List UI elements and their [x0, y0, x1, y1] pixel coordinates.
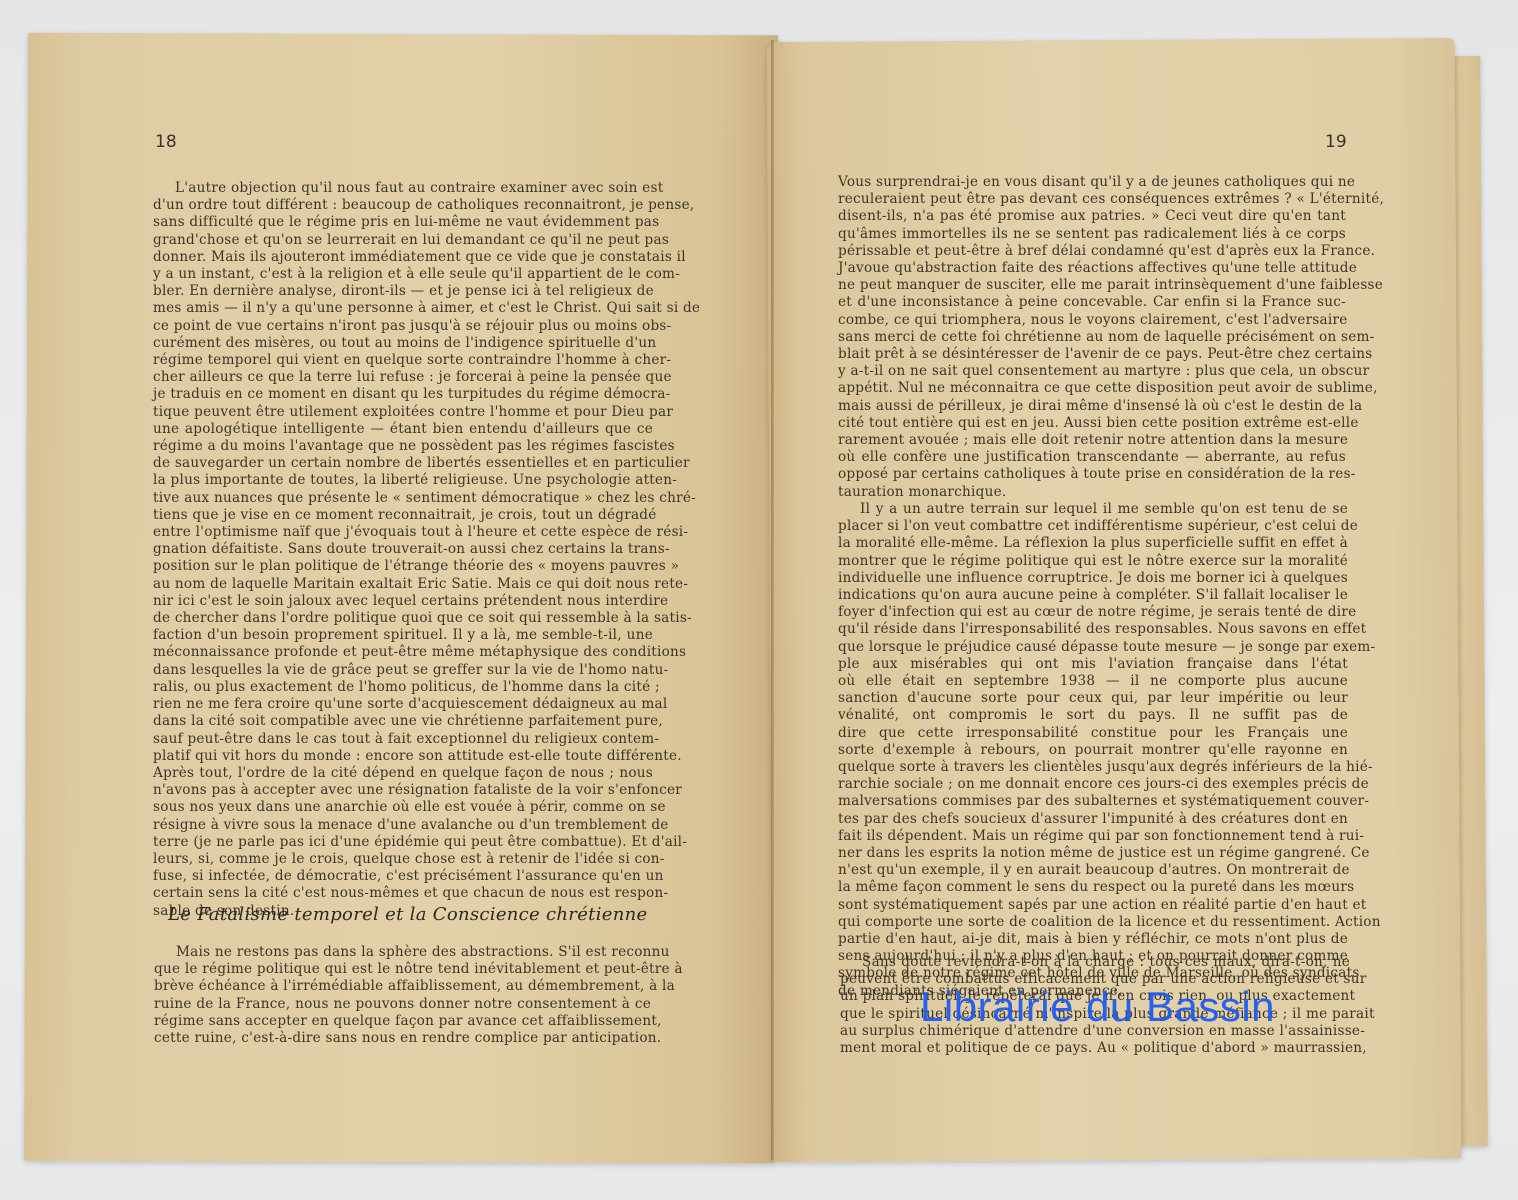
text-line: gnation défaitiste. Sans doute trouverai…: [153, 541, 653, 558]
text-line: la plus importante de toutes, la liberté…: [153, 472, 653, 489]
text-line: cité tout entière qui est en jeu. Aussi …: [838, 415, 1346, 432]
text-line: opposé par certains catholiques à toute …: [838, 466, 1346, 483]
text-line: tive aux nuances que présente le « senti…: [153, 490, 653, 507]
text-line: tique peuvent être utilement exploitées …: [153, 404, 653, 421]
text-line: que lorsque le préjudice causé dépasse t…: [838, 639, 1348, 656]
text-line: ne peut manquer de susciter, elle me par…: [838, 277, 1346, 294]
text-line: quelque sorte à travers les clientèles j…: [838, 759, 1348, 776]
right-paragraph-2: Il y a un autre terrain sur lequel il me…: [838, 501, 1348, 1000]
text-line: J'avoue qu'abstraction faite des réactio…: [838, 260, 1346, 277]
text-line: sauf peut-être dans le cas tout à fait e…: [153, 731, 653, 748]
text-line: L'autre objection qu'il nous faut au con…: [153, 180, 653, 197]
text-line: indications qu'on aura aucune peine à co…: [838, 587, 1348, 604]
text-line: d'un ordre tout différent : beaucoup de …: [153, 197, 653, 214]
text-line: faction d'un besoin proprement spirituel…: [153, 627, 653, 644]
text-line: foyer d'infection qui est au cœur de not…: [838, 604, 1348, 621]
text-line: fait ils dépendent. Mais un régime qui p…: [838, 828, 1348, 845]
text-line: individuelle une influence corruptrice. …: [838, 570, 1348, 587]
text-line: mes amis — il n'y a qu'une personne à ai…: [153, 300, 653, 317]
text-line: de sauvegarder un certain nombre de libe…: [153, 455, 653, 472]
page-number-right: 19: [1325, 132, 1347, 152]
text-line: Sans doute reviendra-t-on à la charge : …: [840, 954, 1350, 971]
text-line: ple aux misérables qui ont mis l'aviatio…: [838, 656, 1348, 673]
text-line: dans lesquelles la vie de grâce peut se …: [153, 662, 653, 679]
text-line: y a un instant, c'est à la religion et à…: [153, 266, 653, 283]
text-line: grand'chose et qu'on se leurrerait en lu…: [153, 232, 653, 249]
text-line: entre l'optimisme naïf que j'évoquais to…: [153, 524, 653, 541]
section-heading: Le Fatalisme temporel et la Conscience c…: [168, 904, 647, 925]
text-line: de chercher dans l'ordre politique quoi …: [153, 610, 653, 627]
right-paragraph-1: Vous surprendrai-je en vous disant qu'il…: [838, 174, 1346, 501]
text-line: appétit. Nul ne méconnaitra ce que cette…: [838, 380, 1346, 397]
text-line: sous nos yeux dans une anarchie où elle …: [153, 799, 653, 816]
text-line: Mais ne restons pas dans la sphère des a…: [154, 944, 651, 961]
text-line: leurs, si, comme je le crois, quelque ch…: [153, 851, 653, 868]
text-line: Vous surprendrai-je en vous disant qu'il…: [838, 174, 1346, 191]
page-number-left: 18: [155, 132, 177, 152]
text-line: cette ruine, c'est-à-dire sans nous en r…: [154, 1030, 651, 1047]
text-line: régime a du moins l'avantage que ne poss…: [153, 438, 653, 455]
text-line: terre (je ne parle pas ici d'une épidémi…: [153, 834, 653, 851]
text-line: malversations commises par des subaltern…: [838, 793, 1348, 810]
text-line: n'avons pas à accepter avec une résignat…: [153, 782, 653, 799]
text-line: tes par des chefs soucieux d'assurer l'i…: [838, 811, 1348, 828]
text-line: et d'une inconsistance à peine concevabl…: [838, 294, 1346, 311]
text-line: régime sans accepter en quelque façon pa…: [154, 1013, 651, 1030]
text-line: sanction d'aucune sorte pour ceux qui, p…: [838, 690, 1348, 707]
left-paragraph-2: Mais ne restons pas dans la sphère des a…: [154, 944, 651, 1047]
text-line: je traduis en ce moment en disant qu les…: [153, 386, 653, 403]
text-line: rien ne me fera croire qu'une sorte d'ac…: [153, 696, 653, 713]
text-line: montrer que le régime politique qui est …: [838, 553, 1348, 570]
text-line: vénalité, ont compromis le sort du pays.…: [838, 707, 1348, 724]
text-line: placer si l'on veut combattre cet indiff…: [838, 518, 1348, 535]
text-line: ruine de la France, nous ne pouvons donn…: [154, 996, 651, 1013]
text-line: Il y a un autre terrain sur lequel il me…: [838, 501, 1348, 518]
text-line: rarchie sociale ; on me donnait encore c…: [838, 776, 1348, 793]
left-paragraph-1: L'autre objection qu'il nous faut au con…: [153, 180, 653, 920]
text-line: sans difficulté que le régime pris en lu…: [153, 214, 653, 231]
text-line: tiens que je vise en ce moment reconnait…: [153, 507, 653, 524]
text-line: qu'âmes immortelles ils ne se sentent pa…: [838, 226, 1346, 243]
text-line: reculeraient peut être pas devant ces co…: [838, 191, 1346, 208]
text-line: certain sens la cité c'est nous-mêmes et…: [153, 885, 653, 902]
text-line: tauration monarchique.: [838, 484, 1346, 501]
text-line: fuse, si infectée, de démocratie, c'est …: [153, 868, 653, 885]
text-line: platif qui vit hors du monde : encore so…: [153, 748, 653, 765]
text-line: où elle était en septembre 1938 — il ne …: [838, 673, 1348, 690]
text-line: mais aussi de périlleux, je dirai même d…: [838, 398, 1346, 415]
text-line: y a-t-il on ne sait quel consentement au…: [838, 363, 1346, 380]
text-line: sans merci de cette foi chrétienne au no…: [838, 329, 1346, 346]
text-line: résigne à vivre sous la menace d'une ava…: [153, 817, 653, 834]
text-line: cher ailleurs ce que la terre lui refuse…: [153, 369, 653, 386]
text-line: n'est qu'un exemple, il y en aurait beau…: [838, 862, 1348, 879]
text-line: méconnaissance profonde et peut-être mêm…: [153, 644, 653, 661]
text-line: rarement avouée ; mais elle doit retenir…: [838, 432, 1346, 449]
text-line: où elle confère une justification transc…: [838, 449, 1346, 466]
text-line: ment moral et politique de ce pays. Au «…: [840, 1040, 1350, 1057]
text-line: ner dans les esprits la notion même de j…: [838, 845, 1348, 862]
text-line: la moralité elle-même. La réflexion la p…: [838, 535, 1348, 552]
text-line: ce point de vue certains n'iront pas jus…: [153, 318, 653, 335]
text-line: dans la cité soit compatible avec une vi…: [153, 713, 653, 730]
text-line: disent-ils, n'a pas été promise aux patr…: [838, 208, 1346, 225]
text-line: sorte d'exemple à rebours, on pourrait m…: [838, 742, 1348, 759]
text-line: qui comporte une sorte de coalition de l…: [838, 914, 1348, 931]
text-line: blait prêt à se désintéresser de l'aveni…: [838, 346, 1346, 363]
text-line: brève échéance à l'irrémédiable affaibli…: [154, 978, 651, 995]
text-line: au nom de laquelle Maritain exaltait Eri…: [153, 576, 653, 593]
text-line: la même façon comment le sens du respect…: [838, 879, 1348, 896]
text-line: Après tout, l'ordre de la cité dépend en…: [153, 765, 653, 782]
text-line: régime temporel qui vient en quelque sor…: [153, 352, 653, 369]
booklet-spine: [771, 40, 774, 1160]
text-line: qu'il réside dans l'irresponsabilité des…: [838, 621, 1348, 638]
text-line: combe, ce qui triomphera, nous le voyons…: [838, 312, 1346, 329]
text-line: nir ici c'est le soin jaloux avec lequel…: [153, 593, 653, 610]
text-line: une apologétique intelligente — étant bi…: [153, 421, 653, 438]
text-line: ralis, ou plus exactement de l'homo poli…: [153, 679, 653, 696]
text-line: que le régime politique qui est le nôtre…: [154, 961, 651, 978]
watermark-librairie-du-bassin: Librairie du Bassin: [920, 986, 1275, 1028]
text-line: dire que cette irresponsabilité constitu…: [838, 725, 1348, 742]
text-line: donner. Mais ils ajouteront immédiatemen…: [153, 249, 653, 266]
text-line: partie d'en haut, ai-je dit, mais à bien…: [838, 931, 1348, 948]
text-line: bler. En dernière analyse, diront-ils — …: [153, 283, 653, 300]
text-line: périssable et peut-être à bref délai con…: [838, 243, 1346, 260]
text-line: sont systématiquement sapés par une acti…: [838, 897, 1348, 914]
text-line: curément des misères, ou tout au moins d…: [153, 335, 653, 352]
text-line: position sur le plan politique de l'étra…: [153, 558, 653, 575]
